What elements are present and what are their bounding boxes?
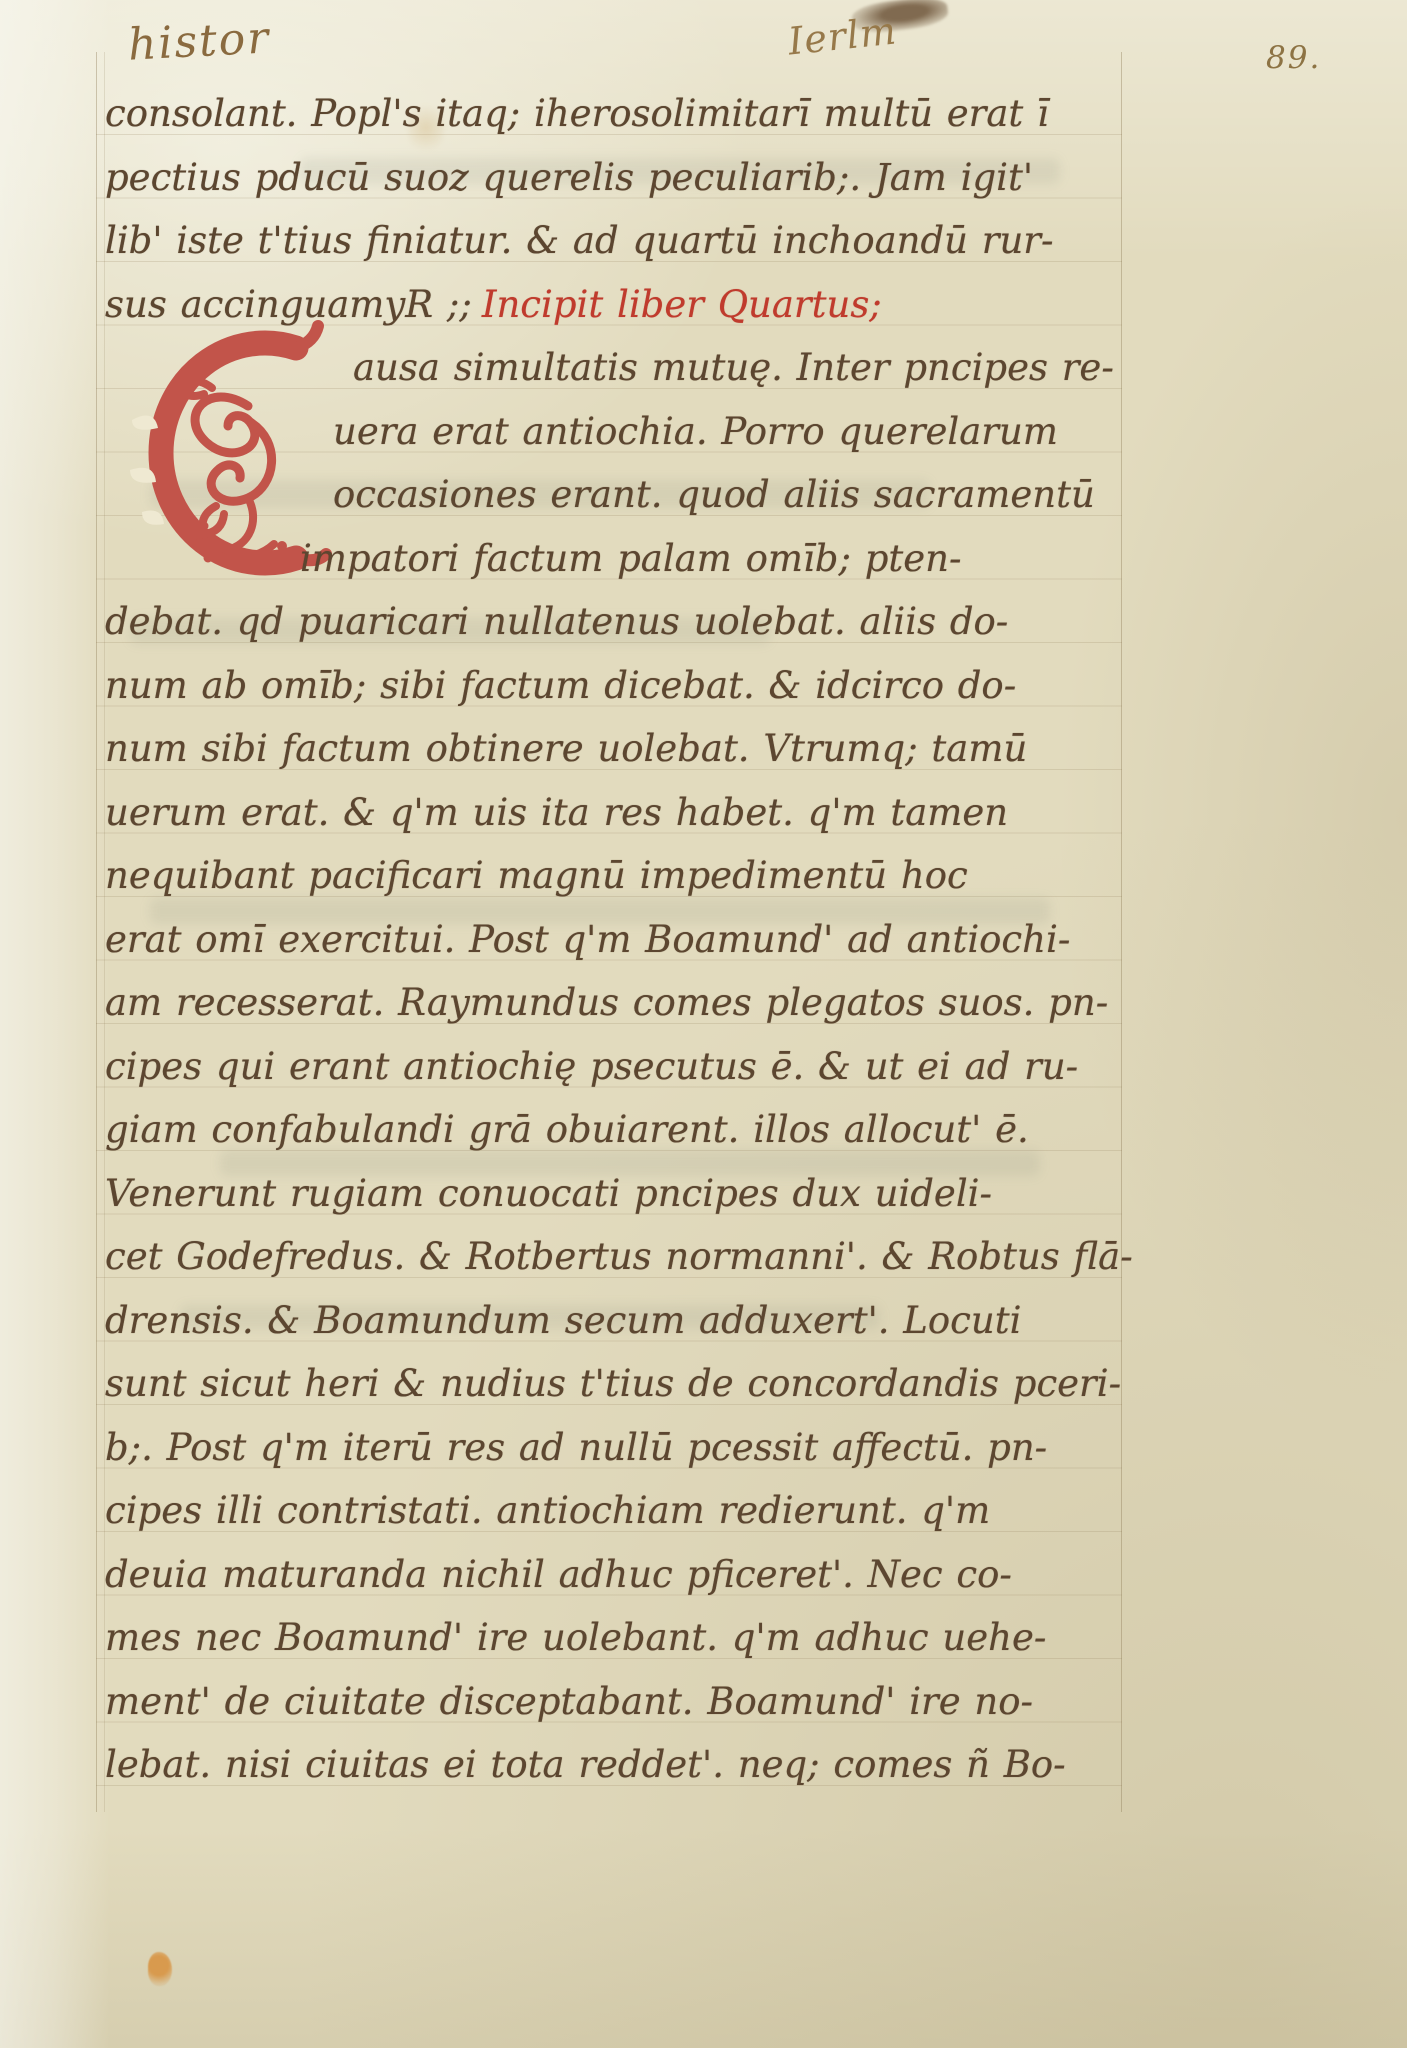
text-line: giam confabulandi grā obuiarent. illos a… <box>105 1104 1165 1162</box>
text-line: mes nec Boamund' ire uolebant. q'm adhuc… <box>105 1612 1165 1670</box>
text-line: am recesserat. Raymundus comes plegatos … <box>105 977 1165 1035</box>
line-text: sus accinguamyR ;; <box>105 283 472 326</box>
line-text: b;. Post q'm iterū res ad nullū pcessit … <box>105 1426 1047 1469</box>
text-line: deuia maturanda nichil adhuc pficeret'. … <box>105 1549 1165 1607</box>
text-line: ausa simultatis mutuę. Inter pncipes re- <box>353 342 1407 400</box>
text-line: uerum erat. & q'm uis ita res habet. q'm… <box>105 787 1165 845</box>
text-line: erat omī exercitui. Post q'm Boamund' ad… <box>105 914 1165 972</box>
text-line: ment' de ciuitate disceptabant. Boamund'… <box>105 1676 1165 1734</box>
text-line: cipes illi contristati. antiochiam redie… <box>105 1485 1165 1543</box>
header-annotation-left: histor <box>127 12 272 70</box>
line-text: impatori factum palam omīb; pten- <box>300 537 961 580</box>
line-text: Venerunt rugiam conuocati pncipes dux ui… <box>105 1172 992 1215</box>
parchment-stain <box>148 1952 172 1986</box>
text-line: debat. qd puaricari nullatenus uolebat. … <box>105 596 1165 654</box>
text-line: lib' iste t'tius finiatur. & ad quartū i… <box>105 215 1165 273</box>
text-line: num sibi factum obtinere uolebat. Vtrumq… <box>105 723 1165 781</box>
line-text: am recesserat. Raymundus comes plegatos … <box>105 981 1108 1024</box>
text-line: lebat. nisi ciuitas ei tota reddet'. neq… <box>105 1739 1165 1797</box>
manuscript-page: histor Ierlm 89. consolant. Popl's itaq;… <box>0 0 1407 2048</box>
line-text: debat. qd puaricari nullatenus uolebat. … <box>105 600 1008 643</box>
text-line: pectius pducū suoz querelis peculiarib;.… <box>105 152 1165 210</box>
text-line: nequibant pacificari magnū impedimentū h… <box>105 850 1165 908</box>
line-text: nequibant pacificari magnū impedimentū h… <box>105 854 968 897</box>
line-text: consolant. Popl's itaq; iherosolimitarī … <box>105 92 1049 135</box>
text-line: cipes qui erant antiochię psecutus ē. & … <box>105 1041 1165 1099</box>
text-line: sunt sicut heri & nudius t'tius de conco… <box>105 1358 1165 1416</box>
text-line: Venerunt rugiam conuocati pncipes dux ui… <box>105 1168 1165 1226</box>
line-text: ausa simultatis mutuę. Inter pncipes re- <box>353 346 1114 389</box>
line-text: giam confabulandi grā obuiarent. illos a… <box>105 1108 1029 1151</box>
line-text: pectius pducū suoz querelis peculiarib;.… <box>105 156 1033 199</box>
text-line: uera erat antiochia. Porro querelarum <box>333 406 1393 464</box>
line-text: cipes qui erant antiochię psecutus ē. & … <box>105 1045 1078 1088</box>
header-annotation-center: Ierlm <box>786 8 899 63</box>
text-line: impatori factum palam omīb; pten- <box>300 533 1360 591</box>
line-text: mes nec Boamund' ire uolebant. q'm adhuc… <box>105 1616 1046 1659</box>
line-text: num sibi factum obtinere uolebat. Vtrumq… <box>105 727 1027 770</box>
line-text: sunt sicut heri & nudius t'tius de conco… <box>105 1362 1121 1405</box>
line-text: drensis. & Boamundum secum adduxert'. Lo… <box>105 1299 1021 1342</box>
line-text: occasiones erant. quod aliis sacramentū <box>333 473 1095 516</box>
text-line: num ab omīb; sibi factum dicebat. & idci… <box>105 660 1165 718</box>
text-line-with-rubric: sus accinguamyR ;;Incipit liber Quartus; <box>105 279 1165 337</box>
line-text: lebat. nisi ciuitas ei tota reddet'. neq… <box>105 1743 1066 1786</box>
line-text: erat omī exercitui. Post q'm Boamund' ad… <box>105 918 1070 961</box>
line-text: uerum erat. & q'm uis ita res habet. q'm… <box>105 791 1008 834</box>
folio-number: 89. <box>1266 40 1321 76</box>
incipit-rubric: Incipit liber Quartus; <box>472 283 882 326</box>
line-text: uera erat antiochia. Porro querelarum <box>333 410 1058 453</box>
line-text: num ab omīb; sibi factum dicebat. & idci… <box>105 664 1016 707</box>
text-line: consolant. Popl's itaq; iherosolimitarī … <box>105 88 1165 146</box>
text-line: occasiones erant. quod aliis sacramentū <box>333 469 1393 527</box>
text-line: b;. Post q'm iterū res ad nullū pcessit … <box>105 1422 1165 1480</box>
text-line: cet Godefredus. & Rotbertus normanni'. &… <box>105 1231 1165 1289</box>
line-text: lib' iste t'tius finiatur. & ad quartū i… <box>105 219 1053 262</box>
decorated-initial-c <box>100 310 332 594</box>
line-text: deuia maturanda nichil adhuc pficeret'. … <box>105 1553 1012 1596</box>
line-text: ment' de ciuitate disceptabant. Boamund'… <box>105 1680 1033 1723</box>
text-line: drensis. & Boamundum secum adduxert'. Lo… <box>105 1295 1165 1353</box>
line-text: cet Godefredus. & Rotbertus normanni'. &… <box>105 1235 1133 1278</box>
line-text: cipes illi contristati. antiochiam redie… <box>105 1489 990 1532</box>
left-margin-rule <box>96 52 97 1812</box>
